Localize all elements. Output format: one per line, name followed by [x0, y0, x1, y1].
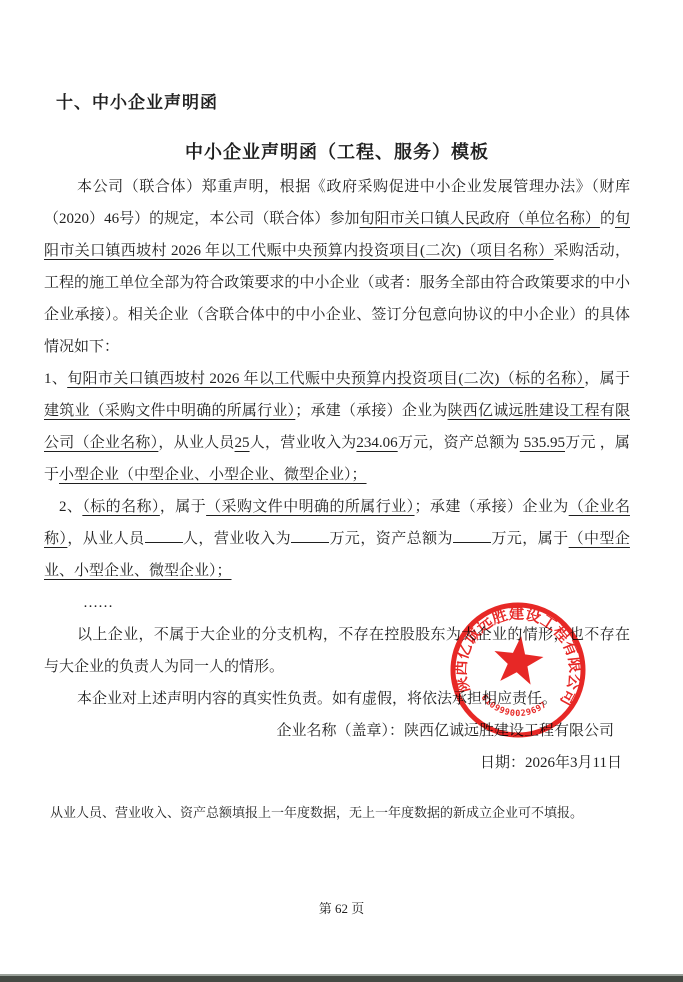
- underlined-value: 小型企业（中型企业、小型企业、微型企业）；: [59, 467, 367, 483]
- text-run: ，从业人员: [158, 435, 234, 451]
- enterprise-item-1: 1、旬阳市关口镇西坡村 2026 年以工代赈中央预算内投资项目(二次)（标的名称…: [44, 363, 630, 491]
- blank-fill-field: [145, 528, 183, 543]
- text-run: 万元，资产总额为: [398, 435, 520, 451]
- text-run: ，属于: [160, 499, 206, 515]
- text-run: 以上企业，不属于大企业的分支机构，不存在控股股东为大企业的情形，也不存在与大企业…: [44, 627, 630, 675]
- declaration-letter: 十、中小企业声明函 中小企业声明函（工程、服务）模板 本公司（联合体）郑重声明，…: [0, 0, 683, 823]
- text-run: 人，营业收入为: [250, 435, 357, 451]
- no-large-enterprise-statement: 以上企业，不属于大企业的分支机构，不存在控股股东为大企业的情形，也不存在与大企业…: [44, 619, 630, 683]
- footnote: 从业人员、营业收入、资产总额填报上一年度数据，无上一年度数据的新成立企业可不填报…: [50, 803, 630, 823]
- paragraphs-container: 本公司（联合体）郑重声明，根据《政府采购促进中小企业发展管理办法》（财库（202…: [44, 171, 630, 715]
- blank-fill-field: [453, 528, 491, 543]
- underlined-value: 旬阳市关口镇西坡村 2026 年以工代赈中央预算内投资项目(二次)（标的名称）: [67, 371, 584, 387]
- enterprise-item-2-template: 2、（标的名称），属于（采购文件中明确的所属行业）；承建（承接）企业为（企业名称…: [44, 491, 630, 587]
- section-heading: 十、中小企业声明函: [56, 91, 630, 115]
- document-page: { "page": { "section_heading": "十、中小企业声明…: [0, 0, 683, 982]
- underlined-value: 建筑业（采购文件中明确的所属行业）: [44, 403, 295, 419]
- text-run: 2、: [59, 499, 82, 515]
- company-name: 陕西亿诚远胜建设工程有限公司: [404, 723, 614, 739]
- text-run: ，从业人员: [67, 531, 144, 547]
- company-seal-label: 企业名称（盖章）：: [276, 723, 404, 739]
- text-run: 采购活动，工程的施工单位全部为符合政策要求的中小企业（或者：服务全部由符合政策要…: [44, 243, 630, 355]
- underlined-value: 535.95: [520, 435, 565, 451]
- text-run: 本企业对上述声明内容的真实性负责。如有虚假，将依法承担相应责任。: [77, 691, 557, 707]
- underlined-value: （采购文件中明确的所属行业）: [206, 499, 414, 515]
- text-run: ，属于: [584, 371, 630, 387]
- text-run: 人，营业收入为: [183, 531, 292, 547]
- text-run: 万元，资产总额为: [329, 531, 453, 547]
- signature-date-line: 日期：2026年3月11日: [44, 747, 622, 779]
- date-label: 日期：: [480, 755, 525, 771]
- underlined-value: 25: [235, 435, 250, 451]
- signature-company-line: 企业名称（盖章）：陕西亿诚远胜建设工程有限公司: [44, 715, 614, 747]
- text-run: ……: [83, 595, 113, 611]
- responsibility-statement: 本企业对上述声明内容的真实性负责。如有虚假，将依法承担相应责任。: [44, 683, 630, 715]
- ellipsis-line: ……: [44, 587, 630, 619]
- underlined-value: 234.06: [356, 435, 397, 451]
- text-run: ；承建（承接）企业为: [415, 499, 569, 515]
- date-value: 2026年3月11日: [525, 755, 622, 771]
- text-run: 的: [600, 211, 615, 227]
- blank-fill-field: [291, 528, 329, 543]
- page-title: 中小企业声明函（工程、服务）模板: [44, 139, 630, 165]
- underlined-value: 旬阳市关口镇人民政府（单位名称）: [360, 211, 600, 227]
- declaration-intro: 本公司（联合体）郑重声明，根据《政府采购促进中小企业发展管理办法》（财库（202…: [44, 171, 630, 363]
- text-run: 1、: [44, 371, 67, 387]
- text-run: 万元，属于: [491, 531, 569, 547]
- text-run: ；承建（承接）企业为: [295, 403, 447, 419]
- page-number: 第 62 页: [0, 899, 683, 919]
- page-bottom-edge: [0, 974, 683, 982]
- underlined-value: （标的名称）: [82, 499, 160, 515]
